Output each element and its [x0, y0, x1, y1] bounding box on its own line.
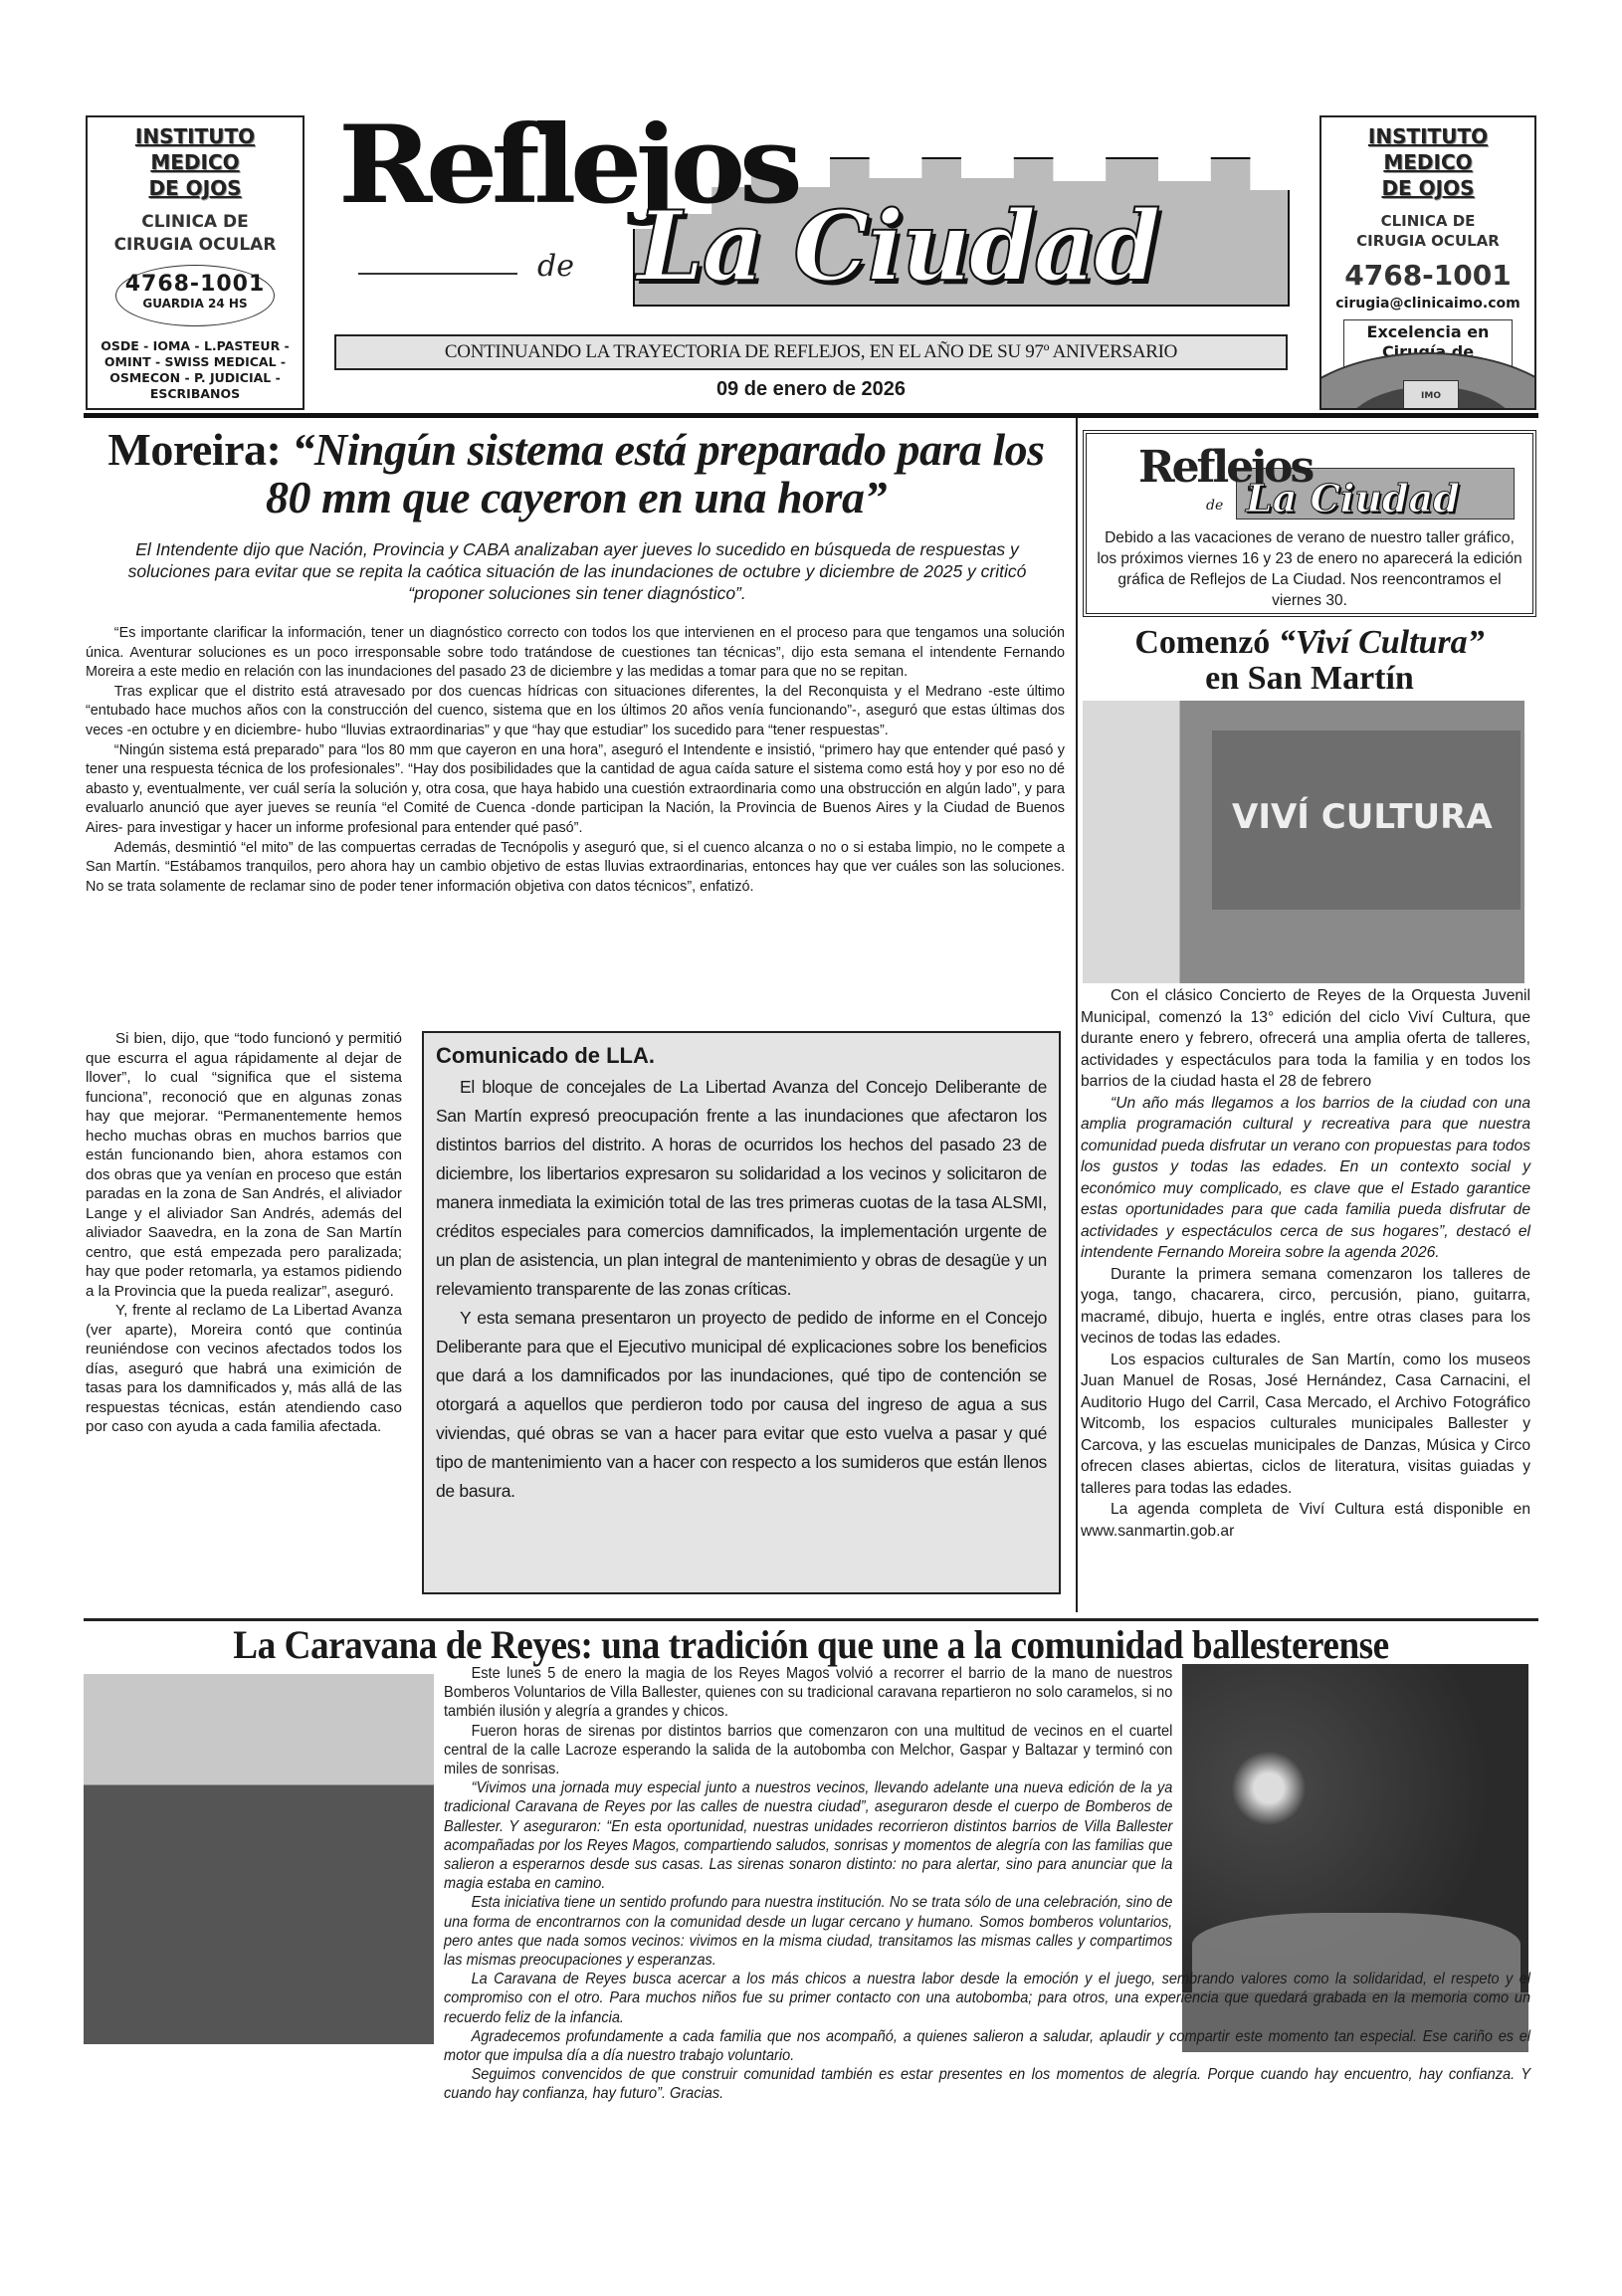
cultura-article-body: Con el clásico Concierto de Reyes de la … [1081, 985, 1530, 1542]
paragraph: Fueron horas de sirenas por distintos ba… [444, 1722, 1172, 1779]
paragraph: Seguimos convencidos de que construir co… [444, 2065, 1530, 2103]
cultura-headline: Comenzó “Viví Cultura” en San Martín [1081, 625, 1538, 697]
paragraph: “Ningún sistema está preparado” para “lo… [86, 740, 1065, 838]
vacation-notice: Reflejos de La Ciudad Debido a las vacac… [1083, 430, 1536, 617]
box-title: Comunicado de LLA. [436, 1043, 1047, 1069]
masthead-bottom-rule [84, 413, 1538, 418]
paragraph: Agradecemos profundamente a cada familia… [444, 2027, 1530, 2065]
ad-subtitle-2: CIRUGIA OCULAR [1321, 231, 1534, 251]
paragraph: Los espacios culturales de San Martín, c… [1081, 1350, 1530, 1500]
caravana-headline: La Caravana de Reyes: una tradición que … [134, 1622, 1488, 1668]
column-divider [1076, 418, 1078, 1612]
masthead-rule [358, 273, 517, 275]
phone-oval: 4768-1001 GUARDIA 24 HS [115, 265, 275, 326]
issue-date: 09 de enero de 2026 [334, 378, 1288, 401]
ad-instituto-medico-left: INSTITUTO MEDICO DE OJOS CLINICA DE CIRU… [86, 115, 304, 410]
main-article-body-narrow: Si bien, dijo, que “todo funcionó y perm… [86, 1029, 402, 1437]
masthead-title-la-ciudad: La Ciudad [637, 199, 1158, 295]
ad-title: INSTITUTO MEDICO [1321, 123, 1534, 175]
ad-subtitle: CLINICA DE [88, 211, 303, 234]
reyes-magos-photo [84, 1674, 434, 2044]
paragraph: Y, frente al reclamo de La Libertad Avan… [86, 1301, 402, 1437]
paragraph: El bloque de concejales de La Libertad A… [436, 1073, 1047, 1304]
main-article-body: “Es importante clarificar la información… [86, 623, 1065, 896]
paragraph: Y esta semana presentaron un proyecto de… [436, 1304, 1047, 1506]
comunicado-lla-box: Comunicado de LLA. El bloque de concejal… [422, 1031, 1061, 1594]
headline-quote: “Ningún sistema está preparado para los … [266, 424, 1045, 522]
paragraph: “Un año más llegamos a los barrios de la… [1081, 1093, 1530, 1264]
paragraph: La agenda completa de Viví Cultura está … [1081, 1499, 1530, 1542]
masthead-title-de: de [537, 249, 574, 284]
masthead-tagline: CONTINUANDO LA TRAYECTORIA DE REFLEJOS, … [334, 334, 1288, 370]
headline-part: “Viví Cultura” [1279, 624, 1485, 661]
paragraph: La Caravana de Reyes busca acercar a los… [444, 1970, 1530, 2027]
ad-excellence-line1: Excelencia en [1344, 322, 1512, 342]
paragraph: Tras explicar que el distrito está atrav… [86, 682, 1065, 740]
paragraph: “Es importante clarificar la información… [86, 623, 1065, 682]
notice-logo-ciudad: La Ciudad [1246, 480, 1460, 518]
notice-text: Debido a las vacaciones de verano de nue… [1097, 527, 1522, 611]
paragraph: Con el clásico Concierto de Reyes de la … [1081, 985, 1530, 1093]
ad-subtitle: CLINICA DE [1321, 211, 1534, 231]
ad-insurers: OSDE - IOMA - L.PASTEUR - OMINT - SWISS … [88, 338, 303, 402]
ad-phone: 4768-1001 [1321, 259, 1534, 292]
cultura-photo: VIVÍ CULTURA [1083, 701, 1524, 983]
main-deck: El Intendente dijo que Nación, Provincia… [109, 538, 1045, 604]
paragraph: Si bien, dijo, que “todo funcionó y perm… [86, 1029, 402, 1301]
ad-guard-hours: GUARDIA 24 HS [116, 297, 274, 311]
ad-subtitle-2: CIRUGIA OCULAR [88, 234, 303, 257]
paragraph: Además, desmintió “el mito” de las compu… [86, 838, 1065, 897]
section-divider [84, 1618, 1538, 1621]
paragraph: Esta iniciativa tiene un sentido profund… [444, 1893, 1172, 1970]
ad-email: cirugia@clinicaimo.com [1321, 296, 1534, 312]
ad-phone: 4768-1001 [116, 272, 274, 297]
ad-title-2: DE OJOS [1321, 175, 1534, 201]
caravana-article-body: Este lunes 5 de enero la magia de los Re… [444, 1664, 1447, 2104]
paragraph: Durante la primera semana comenzaron los… [1081, 1264, 1530, 1350]
notice-logo: Reflejos de La Ciudad [1097, 440, 1522, 529]
paragraph: “Vivimos una jornada muy especial junto … [444, 1778, 1172, 1893]
headline-part: Comenzó [1134, 624, 1278, 661]
imo-logo-icon: IMO [1403, 380, 1459, 410]
ad-title: INSTITUTO MEDICO [88, 123, 303, 175]
ad-title-2: DE OJOS [88, 175, 303, 201]
photo-banner-text: VIVÍ CULTURA [1232, 800, 1493, 834]
paragraph: Este lunes 5 de enero la magia de los Re… [444, 1664, 1172, 1722]
main-headline: Moreira: “Ningún sistema está preparado … [84, 426, 1069, 522]
ad-instituto-medico-right: INSTITUTO MEDICO DE OJOS CLINICA DE CIRU… [1319, 115, 1536, 410]
headline-part: en San Martín [1205, 660, 1414, 697]
notice-logo-de: de [1206, 498, 1223, 514]
headline-speaker: Moreira: [107, 424, 292, 475]
